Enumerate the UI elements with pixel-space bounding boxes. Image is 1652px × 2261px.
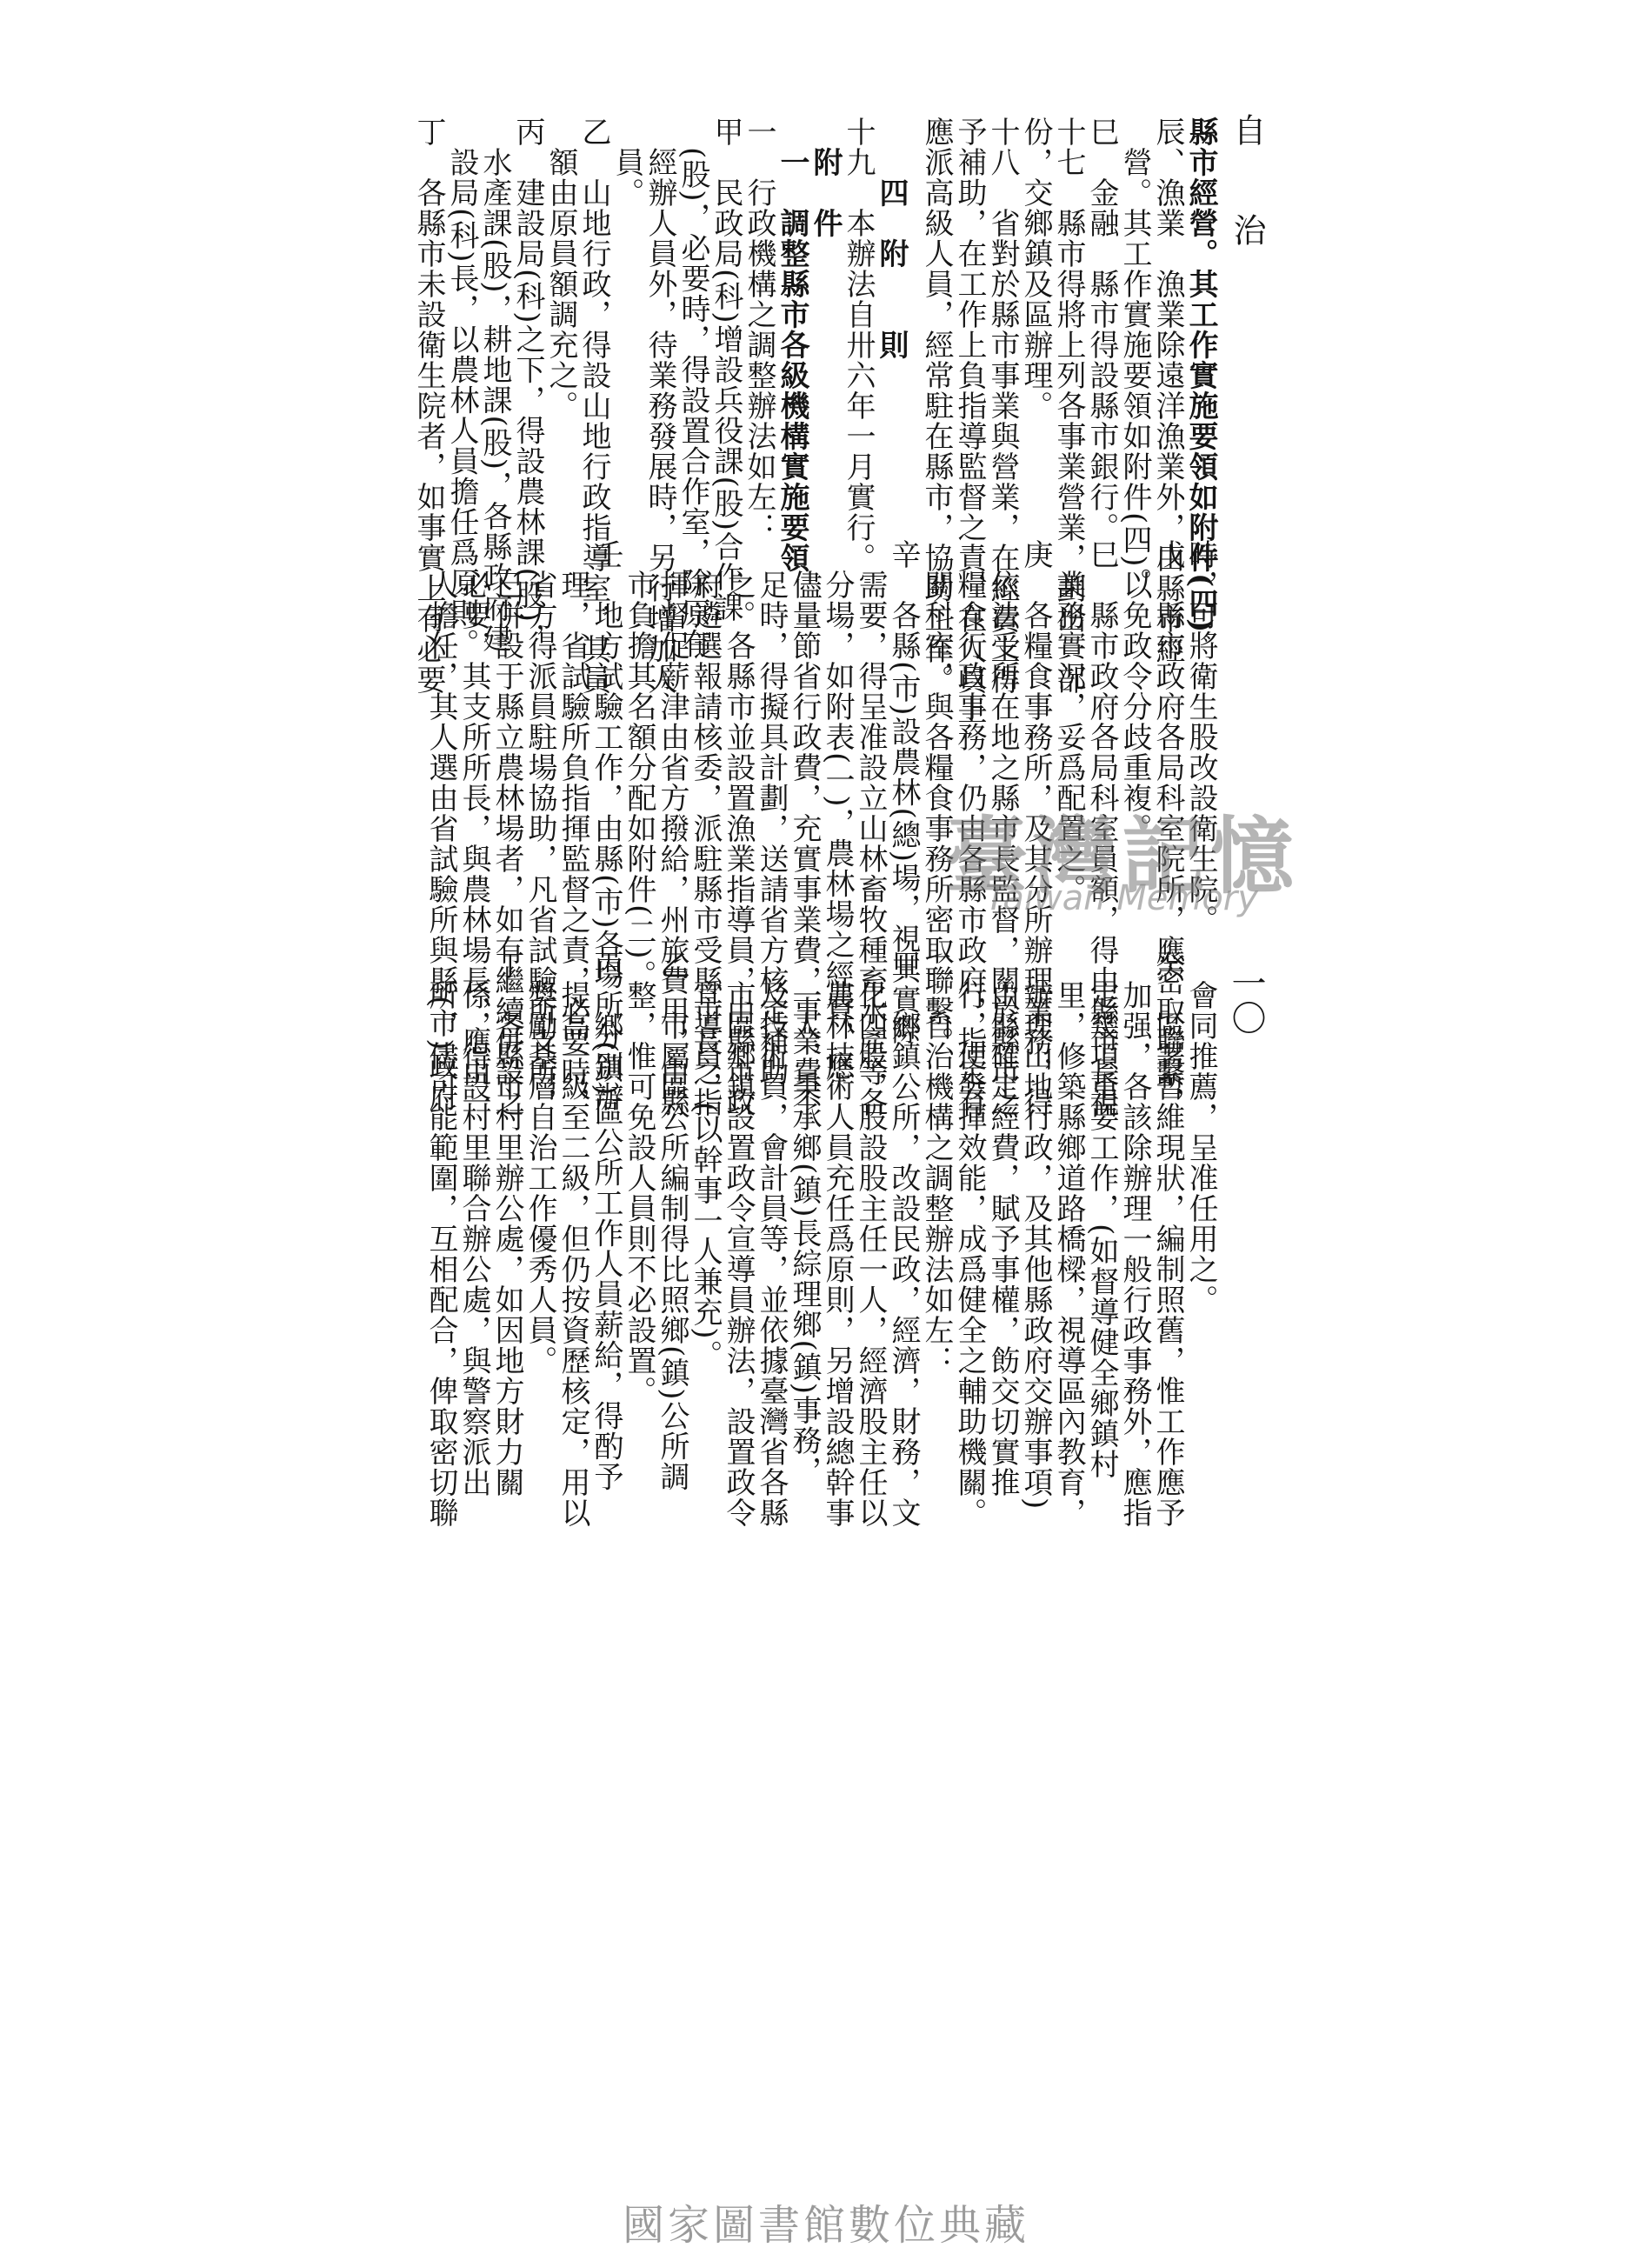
text-column: 所，儘可能範圍，互相配合，俾取密切聯 <box>424 950 457 1358</box>
text-column: 理，省試驗所負指揮監督之責，必要時， <box>556 539 590 948</box>
text-column: 農林技術人員充任爲原則，另增設總幹事 <box>821 950 854 1358</box>
text-column: 壬 地方試驗工作，由縣(市)各場所分別辦 <box>590 539 623 948</box>
text-column: 揮督促薪津由省方撥給，州旅費用，由縣 <box>656 539 689 948</box>
text-column: 人擔任，其人選由省試驗所與縣(市)政府 <box>424 539 457 948</box>
text-column: 附 件 <box>809 117 842 525</box>
text-column: 及技術員，會計員等，並依據臺灣省各縣 <box>755 950 788 1358</box>
text-column: 甲 鄉鎮公所，改設民政，經濟，財務，文 <box>887 950 920 1358</box>
text-column: 丙 建設局(科)之下，得設農林課(股)， <box>511 117 544 525</box>
text-column: 十九 本辦法自卅六年一月實行。 <box>842 117 875 525</box>
text-column: 予補助，在工作上負指導監督之責，在人員上 <box>953 117 986 525</box>
text-column: 甲 民政局(科)增設兵役課(股)合作課 <box>709 117 743 525</box>
text-column: 巳 縣市政府各局科室員額，得由縣市長視 <box>1085 539 1118 948</box>
text-tier-3: 會同推薦，呈准任用之。癸 區署暫維現狀，編制照舊，惟工作應予 加强，各該除辦理一… <box>243 950 1217 1358</box>
text-column: 糧食行政事務，仍由各縣市政府，指定有 <box>953 539 986 948</box>
text-column: 需要，得呈准設立山林畜牧種畜水產等各 <box>854 539 887 948</box>
text-column: 府遴選報請核委，派駐縣市受縣市長之指 <box>689 539 722 948</box>
text-column: 一 調整縣市各級機構實施要領 <box>776 117 809 525</box>
text-column: 由縣確定經費，賦予事權，飭交切實推 <box>986 950 1019 1358</box>
text-column: 提高一級至二級，但仍按資歷核定，用以 <box>556 950 590 1358</box>
text-column: 之。各縣市並設置漁業指導員，由縣市政 <box>722 539 755 948</box>
text-column: 設局(科)長，以農林人員擔任爲原則。 <box>445 117 478 525</box>
text-column: 份，交鄉鎮及區辦理。 <box>1019 117 1052 525</box>
text-column: 化四股，股設股主任一人，經濟股主任以 <box>854 950 887 1358</box>
text-column: 十七 縣市得將上列各事業營業，劃出一部 <box>1052 117 1085 525</box>
text-column: 乙 市屬區公所編制得比照鄉(鎮)公所調 <box>656 950 689 1358</box>
text-column: 以免政令分歧重複。 <box>1118 539 1151 948</box>
text-column: 員。 <box>610 117 643 525</box>
column-spacer <box>908 117 920 525</box>
text-column: 一 行政機構之調整辦法如左： <box>743 117 776 525</box>
text-column: 已併設于縣立農林場者，如有繼續併設之 <box>490 539 523 948</box>
text-column: 業務實況，妥爲配置之。 <box>1052 539 1085 948</box>
text-column: 營。其工作實施要領如附件(四)。 <box>1118 117 1151 525</box>
running-title-1: 自 <box>1223 113 1271 146</box>
text-column: 丁 各縣市村里辦公處，如因地方財力關 <box>490 950 523 1358</box>
text-tier-1: 縣市經營。其工作實施要領如附件(四)辰、漁業 漁業除遠洋漁業外，由縣市經 營。其… <box>243 117 1217 525</box>
text-column: 行，使發揮效能，成爲健全之輔助機關。 <box>953 950 986 1358</box>
collection-footer: 國家圖書館數位典藏 <box>0 2191 1652 2251</box>
text-column: 市負擔其名額分配如附件(二)。 <box>623 539 656 948</box>
text-column: 二 自治機構之調整辦法如左： <box>920 950 953 1358</box>
text-column: 縣市經營。其工作實施要領如附件(四) <box>1184 117 1217 525</box>
text-column: 癸 區署暫維現狀，編制照舊，惟工作應予 <box>1151 950 1184 1358</box>
text-column: 關科室，與各糧食事務所密取聯繫。 <box>920 539 953 948</box>
text-tier-2: 時，可將衛生股改設衛生院。戊 縣市政府各局科室院所，應密取聯繫， 以免政令分歧重… <box>243 539 1217 948</box>
text-column: 宣導員，(以幹事一人兼充)。 <box>689 950 722 1358</box>
text-column: 依法受所在地之縣市長監督，關於縣市之 <box>986 539 1019 948</box>
text-column: 里，修築縣鄉道路橋樑，視導區內教育， <box>1052 950 1085 1358</box>
text-column: 丙 鄉(鎮)區公所工作人員薪給，得酌予 <box>590 950 623 1358</box>
text-column: 庚 各糧食事務所，及其分所辦理業務，得 <box>1019 539 1052 948</box>
text-column: 獎勵基層自治工作優秀人員。 <box>523 950 556 1358</box>
text-column: 定幾項重要工作，(如督導健全鄉鎮村 <box>1085 950 1118 1358</box>
text-column: 會同推薦，呈准任用之。 <box>1184 950 1217 1358</box>
text-column: 市區鄉鎮設置政令宣導員辦法，設置政令 <box>722 950 755 1358</box>
text-column: 辰、漁業 漁業除遠洋漁業外，由縣市經 <box>1151 117 1184 525</box>
text-column: 省方得派員駐場協助，凡省試驗所支所， <box>523 539 556 948</box>
text-column: 係，得設村里聯合辦公處，與警察派出 <box>457 950 490 1358</box>
text-column: 丁 各縣市未設衛生院者，如事實上有必要 <box>412 117 445 525</box>
text-column: 足時，得擬具計劃，送請省方核定補助 <box>755 539 788 948</box>
text-column: 必要，其支所所長，與農林場長，應由一 <box>457 539 490 948</box>
text-column: 辦理山地行政，及其他縣政府交辦事項) <box>1019 950 1052 1358</box>
text-column: 加强，各該除辦理一般行政事務外，應指 <box>1118 950 1151 1358</box>
text-column: 一人，秉承鄉(鎮)長綜理鄉(鎮)事務， <box>788 950 821 1358</box>
text-column: 整，惟可免設人員則不必設置。 <box>623 950 656 1358</box>
text-column: 四 附 則 <box>875 117 908 525</box>
text-column: 額由原員額調充之。 <box>544 117 577 525</box>
text-column: 戊 縣市政府各局科室院所，應密取聯繫， <box>1151 539 1184 948</box>
text-column: 經辦人員外，待業務發展時，另行增加人 <box>643 117 676 525</box>
text-column: (股)，必要時，得設置合作室，除原有 <box>676 117 709 525</box>
text-column: 十八 省對於縣市事業與營業，在經費上得 <box>986 117 1019 525</box>
text-column: 分場，如附表(一)，農林場之經費，應 <box>821 539 854 948</box>
running-title-2: 治 <box>1223 213 1271 246</box>
text-column: 乙 山地行政，得設山地行政指導室，其員 <box>577 117 610 525</box>
page-number: 一〇 <box>1222 965 1271 1035</box>
text-column: 巳 金融 縣市得設縣市銀行。 <box>1085 117 1118 525</box>
text-column: 時，可將衛生股改設衛生院。 <box>1184 539 1217 948</box>
text-column: 水產課(股)，耕地課(股)，各縣政府建 <box>478 117 511 525</box>
text-column: 應派高級人員，經常駐在縣市，協助工作。 <box>920 117 953 525</box>
text-column: 辛 各縣(市)設農林(總)場，視其實際 <box>887 539 920 948</box>
text-column: 儘量節省行政費，充實事業費，事業費不 <box>788 539 821 948</box>
